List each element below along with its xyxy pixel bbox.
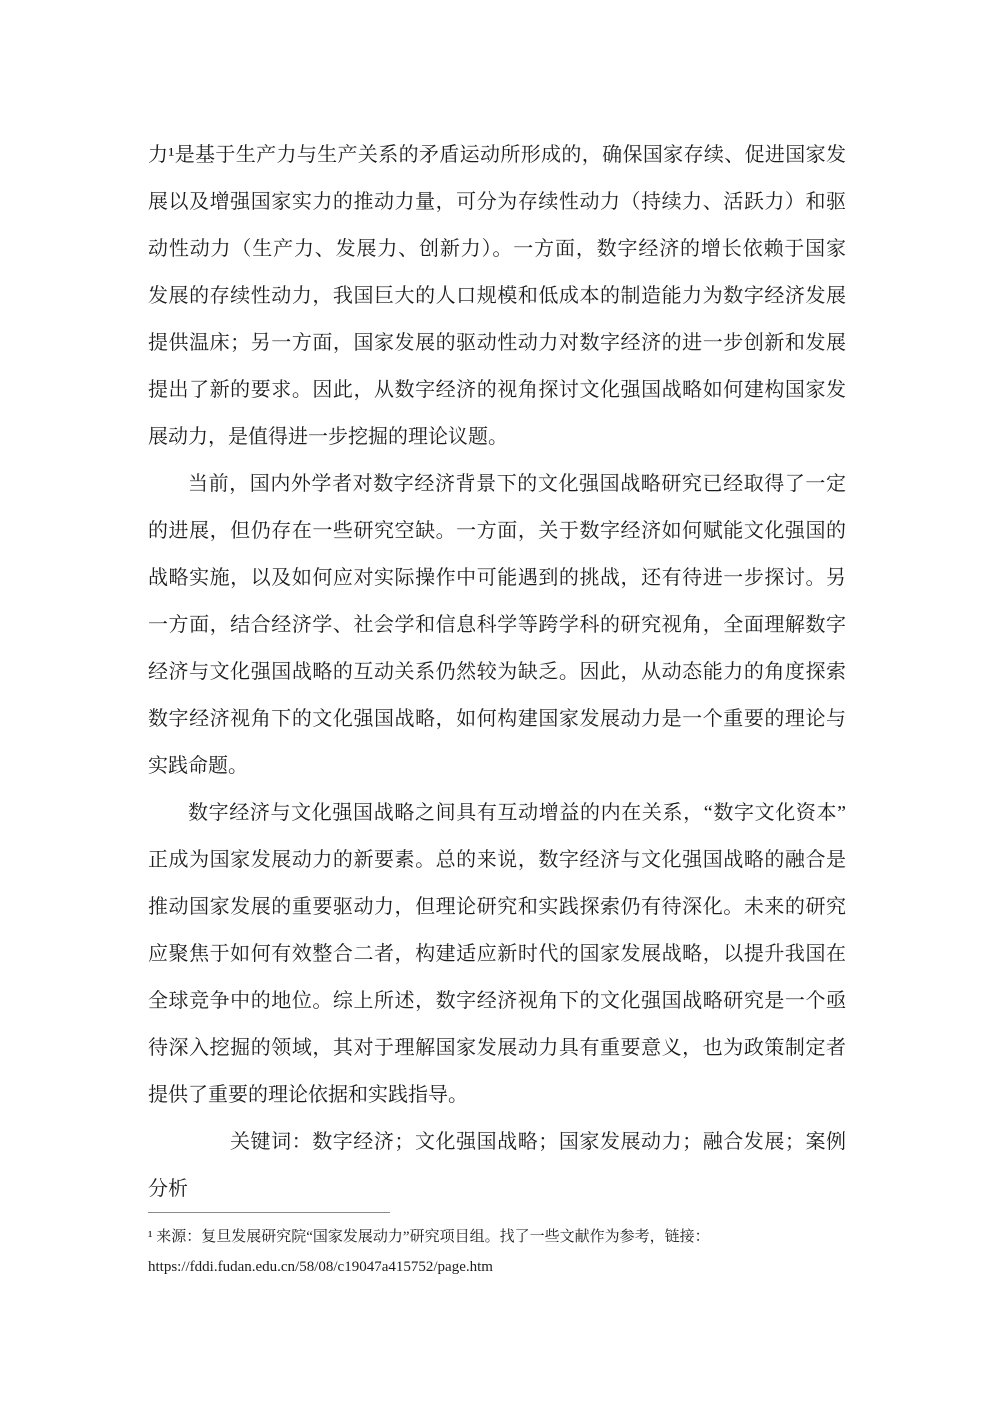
footnote-source-text: ¹ 来源：复旦发展研究院“国家发展动力”研究项目组。找了一些文献作为参考，链接： [148, 1222, 846, 1252]
paragraph-2: 当前，国内外学者对数字经济背景下的文化强国战略研究已经取得了一定的进展，但仍存在… [148, 461, 846, 790]
text-line: 数字经济视角下的文化强国战略，如何构建国家发展动力是一个重要的理论与 [148, 696, 846, 743]
document-page: 力¹是基于生产力与生产关系的矛盾运动所形成的，确保国家存续、促进国家发展以及增强… [0, 0, 992, 1403]
document-body: 力¹是基于生产力与生产关系的矛盾运动所形成的，确保国家存续、促进国家发展以及增强… [148, 132, 846, 1213]
footnote-separator-line [148, 1212, 390, 1213]
paragraph-1: 力¹是基于生产力与生产关系的矛盾运动所形成的，确保国家存续、促进国家发展以及增强… [148, 132, 846, 461]
text-line: 待深入挖掘的领域，其对于理解国家发展动力具有重要意义，也为政策制定者 [148, 1025, 846, 1072]
text-line: 关键词：数字经济；文化强国战略；国家发展动力；融合发展；案例 [148, 1119, 846, 1166]
text-line: 一方面，结合经济学、社会学和信息科学等跨学科的研究视角，全面理解数字 [148, 602, 846, 649]
text-line: 经济与文化强国战略的互动关系仍然较为缺乏。因此，从动态能力的角度探索 [148, 649, 846, 696]
text-line: 当前，国内外学者对数字经济背景下的文化强国战略研究已经取得了一定 [148, 461, 846, 508]
text-line: 推动国家发展的重要驱动力，但理论研究和实践探索仍有待深化。未来的研究 [148, 884, 846, 931]
text-line: 正成为国家发展动力的新要素。总的来说，数字经济与文化强国战略的融合是 [148, 837, 846, 884]
text-line: 分析 [148, 1166, 846, 1213]
keywords-paragraph: 关键词：数字经济；文化强国战略；国家发展动力；融合发展；案例分析 [148, 1119, 846, 1213]
text-line: 提供温床；另一方面，国家发展的驱动性动力对数字经济的进一步创新和发展 [148, 320, 846, 367]
text-line: 的进展，但仍存在一些研究空缺。一方面，关于数字经济如何赋能文化强国的 [148, 508, 846, 555]
paragraph-3: 数字经济与文化强国战略之间具有互动增益的内在关系，“数字文化资本”正成为国家发展… [148, 790, 846, 1119]
text-line: 提供了重要的理论依据和实践指导。 [148, 1072, 846, 1119]
text-line: 实践命题。 [148, 743, 846, 790]
text-line: 动性动力（生产力、发展力、创新力）。一方面，数字经济的增长依赖于国家 [148, 226, 846, 273]
footnote-section: ¹ 来源：复旦发展研究院“国家发展动力”研究项目组。找了一些文献作为参考，链接：… [148, 1222, 846, 1282]
text-line: 提出了新的要求。因此，从数字经济的视角探讨文化强国战略如何建构国家发 [148, 367, 846, 414]
text-line: 数字经济与文化强国战略之间具有互动增益的内在关系，“数字文化资本” [148, 790, 846, 837]
text-line: 应聚焦于如何有效整合二者，构建适应新时代的国家发展战略，以提升我国在 [148, 931, 846, 978]
text-line: 全球竞争中的地位。综上所述，数字经济视角下的文化强国战略研究是一个亟 [148, 978, 846, 1025]
text-line: 战略实施，以及如何应对实际操作中可能遇到的挑战，还有待进一步探讨。另 [148, 555, 846, 602]
text-line: 展以及增强国家实力的推动力量，可分为存续性动力（持续力、活跃力）和驱 [148, 179, 846, 226]
footnote-url: https://fddi.fudan.edu.cn/58/08/c19047a4… [148, 1252, 846, 1282]
text-line: 发展的存续性动力，我国巨大的人口规模和低成本的制造能力为数字经济发展 [148, 273, 846, 320]
text-line: 力¹是基于生产力与生产关系的矛盾运动所形成的，确保国家存续、促进国家发 [148, 132, 846, 179]
text-line: 展动力，是值得进一步挖掘的理论议题。 [148, 414, 846, 461]
